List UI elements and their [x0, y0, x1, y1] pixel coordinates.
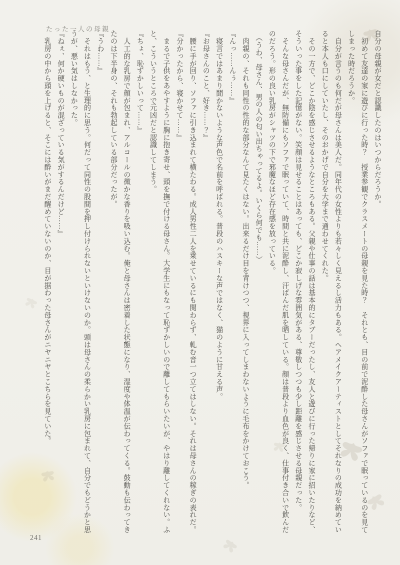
paragraph: その一方で、どこか陰を感じさせるようなところもある。父親や仕事の話は基本的にタブ… [292, 30, 318, 540]
paragraph: 自分の母親が女だと認識したのはいつからだろうか。 [371, 30, 384, 540]
paragraph: まるで子供をあやすように胸に抱き寄せ、頭を撫で付ける母さん。大学生にもなって恥ず… [146, 30, 172, 540]
paragraph: 『ねぇ、何か硬いものが混ざっている気がするんだけど……』 [54, 30, 67, 540]
body-text: 自分の母親が女だと認識したのはいつからだろうか。 初めて友達の家に遊びに行った時… [32, 30, 384, 540]
paragraph: 『分かったから、寝かせて……』 [173, 30, 186, 540]
paragraph: それはもう、と生理的に思う。何だって同性の股間を押し付けられないといけないのか。… [67, 30, 93, 540]
paragraph: 『うわ……』 [94, 30, 107, 540]
paragraph: 人工的な乳房で顔が包まれ、アルコールの微かな香りを吸い込む。俺と母さんは密着した… [107, 30, 133, 540]
paragraph: （うわ、母さん、男の人の匂い出ちゃってるよ。いくら何でも……） [252, 30, 265, 540]
paragraph: 『んっ……んぅ……』 [226, 30, 239, 540]
paragraph: 乳房の中から頭を上げると、そこには酔いがまだ醒めていないのか、目が据わった母さん… [41, 30, 54, 540]
paragraph: そんな母さんだが、無防備にもソファで眠っていて、時間と共に泥酔し、汗ばんだ肌を晒… [265, 30, 291, 540]
paragraph: 肉親の、それも同性の性的な部分なんて見たくはない。出来るだけ目を背けつつ、視界に… [239, 30, 252, 540]
book-page: たった一人の母親 自分の母親が女だと認識したのはいつからだろうか。 初めて友達の… [0, 0, 400, 565]
page-number: 241 [30, 534, 42, 542]
paragraph: 腰に手が回り、ソファに引き込まれて横たわる。成人男性二人を乗せているにも関わらず… [186, 30, 199, 540]
paragraph: 寝言ではあまり聞かないような声色で名前を呼ばれる。普段のハスキーな声ではなく、猫… [212, 30, 225, 540]
paragraph: 『お母さんのこと、好き……？』 [199, 30, 212, 540]
paragraph: 自分が言うのも何だが母さんは美人だ。同年代の女性よりも若々しく見えるし活力もある… [318, 30, 344, 540]
paragraph: 初めて友達の家に遊びに行った時？ 授業参観でクラスメートの母親を見た時？ それと… [344, 30, 370, 540]
paragraph: 『ちょ、恥ずかしいって……』 [133, 30, 146, 540]
